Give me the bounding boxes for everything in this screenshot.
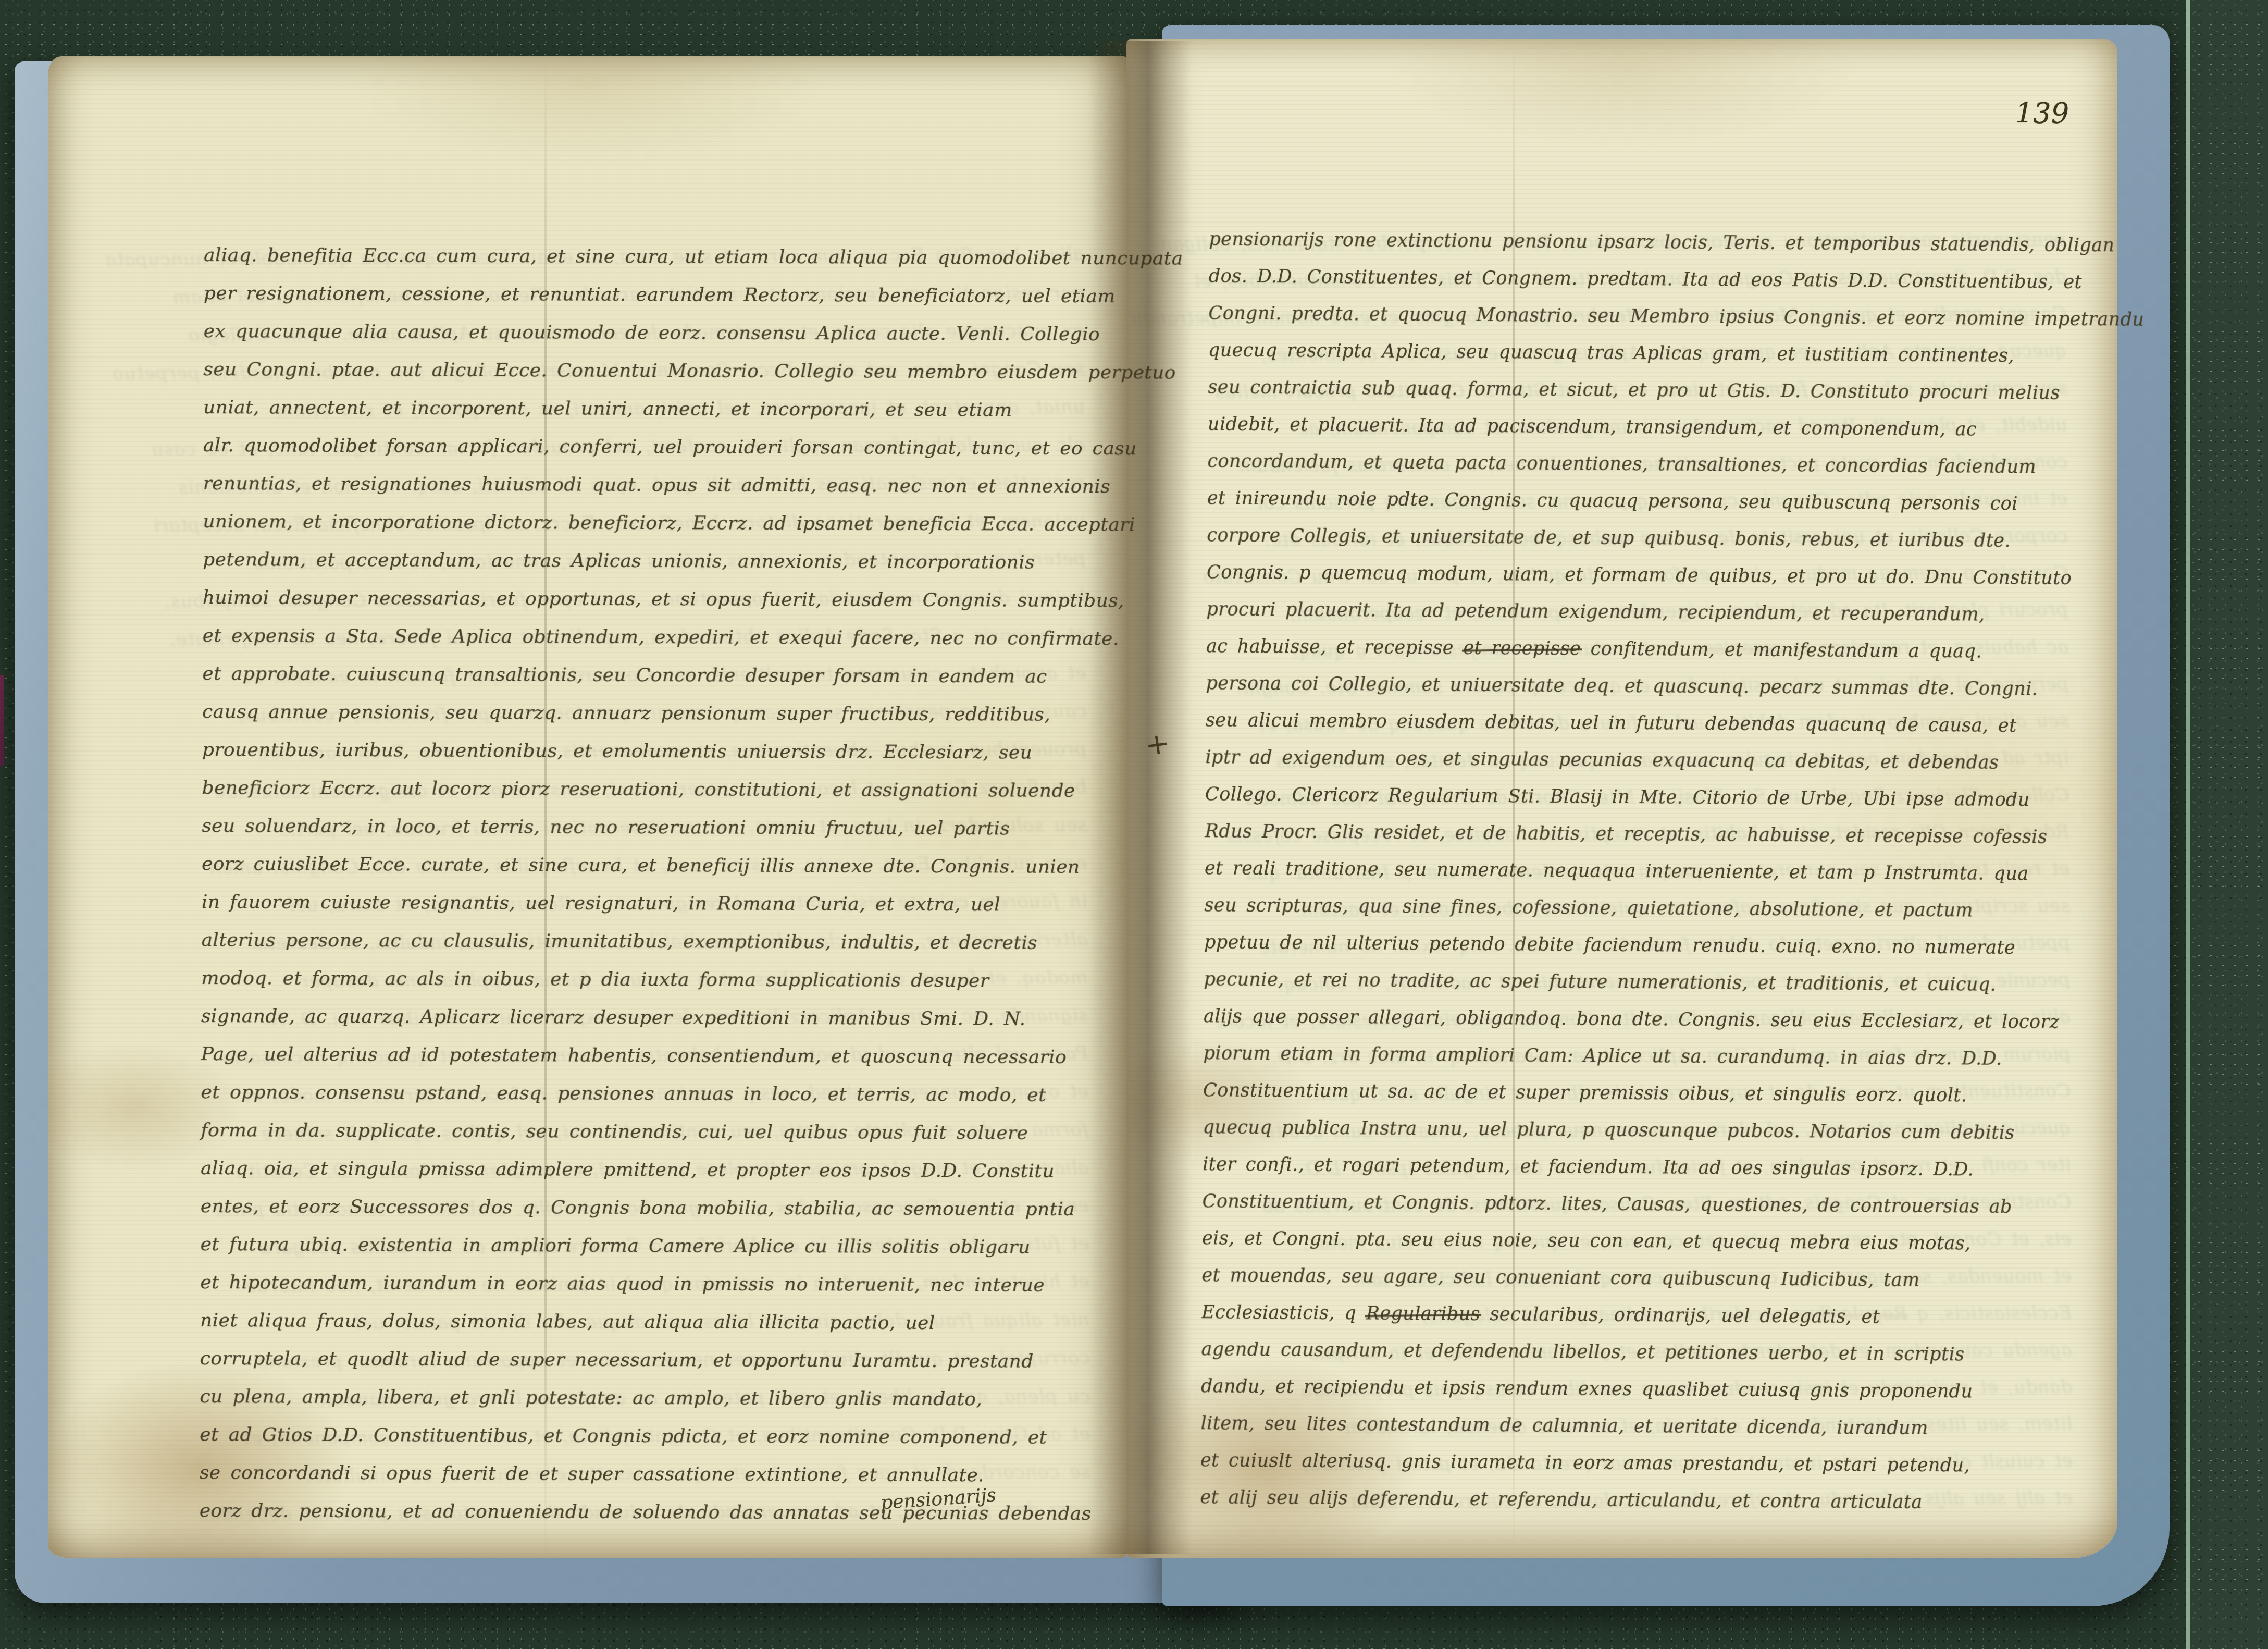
manuscript-line: petendum, et acceptandum, ac tras Aplica… (203, 540, 1088, 582)
manuscript-line: et alij seu alijs deferendu, et referend… (1200, 1479, 2065, 1522)
manuscript-line: et oppnos. consensu pstand, easq. pensio… (201, 1073, 1086, 1114)
manuscript-line: seu alicui membro eiusdem debitas, uel i… (1206, 702, 2071, 745)
manuscript-line: quecuq rescripta Aplica, seu quascuq tra… (1208, 332, 2073, 375)
manuscript-line: corruptela, et quodlt aliud de super nec… (200, 1339, 1086, 1381)
manuscript-line: et ad Gtios D.D. Constituentibus, et Con… (200, 1416, 1085, 1457)
manuscript-line: seu Congni. ptae. aut alicui Ecce. Conue… (203, 350, 1089, 391)
manuscript-line: et expensis a Sta. Sede Aplica obtinendu… (203, 617, 1088, 658)
manuscript-line: Ecclesiasticis, q Regularibus secularibu… (1201, 1294, 2066, 1337)
margin-cross-mark: + (1143, 726, 1172, 763)
scan-artifact-strip (0, 675, 4, 766)
struck-text: Regularibus (1366, 1303, 1481, 1325)
manuscript-line: et reali traditione, seu numerate. nequa… (1205, 850, 2069, 893)
manuscript-line: huimoi desuper necessarias, et opportuna… (203, 579, 1088, 620)
glass-edge-line (2186, 0, 2190, 1649)
manuscript-line: Congnis. p quemcuq modum, uiam, et forma… (1207, 554, 2072, 597)
left-page: aliaq. benefitia Ecc.ca cum cura, et sin… (48, 56, 1127, 1558)
manuscript-text-right: pensionarijs rone extinctionu pensionu i… (1200, 221, 2074, 1522)
manuscript-line: litem, seu lites contestandum de calumni… (1200, 1405, 2065, 1448)
manuscript-line: iptr ad exigendum oes, et singulas pecun… (1205, 739, 2070, 782)
manuscript-line: unionem, et incorporatione dictorz. bene… (203, 502, 1088, 544)
manuscript-line: dandu, et recipiendu et ipsis rendum exn… (1201, 1368, 2066, 1411)
manuscript-line: eis, et Congni. pta. seu eius noie, seu … (1202, 1220, 2067, 1263)
manuscript-line: cu plena, ampla, libera, et gnli potesta… (200, 1377, 1085, 1419)
manuscript-line: alterius persone, ac cu clausulis, imuni… (201, 921, 1087, 962)
manuscript-line: agendu causandum, et defendendu libellos… (1201, 1331, 2066, 1374)
manuscript-line: Collego. Clericorz Regularium Sti. Blasi… (1205, 776, 2070, 819)
manuscript-line: procuri placuerit. Ita ad petendum exige… (1206, 591, 2071, 634)
manuscript-line: aliaq. benefitia Ecc.ca cum cura, et sin… (204, 236, 1089, 277)
manuscript-line: et approbate. cuiuscunq transaltionis, s… (202, 655, 1088, 696)
manuscript-text-left: aliaq. benefitia Ecc.ca cum cura, et sin… (200, 236, 1090, 1533)
manuscript-line: Congni. predta. et quocuq Monastrio. seu… (1208, 295, 2073, 338)
manuscript-line: alr. quomodolibet forsan applicari, conf… (203, 426, 1089, 467)
manuscript-line: Page, uel alterius ad id potestatem habe… (201, 1035, 1087, 1076)
manuscript-line: forma in da. supplicate. contis, seu con… (201, 1111, 1086, 1152)
right-page: pensionarijs rone extinctionu pensionu i… (1126, 39, 2117, 1558)
manuscript-line: et futura ubiq. existentia in ampliori f… (200, 1225, 1086, 1266)
manuscript-line: ac habuisse, et recepisse et recepisse c… (1206, 628, 2071, 671)
manuscript-line: dos. D.D. Constituentes, et Congnem. pre… (1209, 258, 2074, 301)
manuscript-line: pecunie, et rei no tradite, ac spei futu… (1204, 961, 2068, 1004)
page-number: 139 (2015, 97, 2069, 130)
manuscript-line: alijs que posser allegari, obligandoq. b… (1204, 998, 2068, 1041)
manuscript-line: Constituentium, et Congnis. pdtorz. lite… (1202, 1183, 2067, 1226)
manuscript-line: ex quacunque alia causa, et quouismodo d… (204, 312, 1089, 353)
manuscript-line: niet aliqua fraus, dolus, simonia labes,… (200, 1301, 1086, 1343)
manuscript-line: seu contraictia sub quaq. forma, et sicu… (1208, 369, 2073, 412)
photo-background: { "colors": { "background_green": "#2638… (0, 0, 2268, 1649)
manuscript-line: Rdus Procr. Glis residet, et de habitis,… (1205, 813, 2069, 856)
manuscript-line: Constituentium ut sa. ac de et super pre… (1203, 1072, 2068, 1115)
manuscript-line: et mouendas, seu agare, seu conueniant c… (1201, 1257, 2066, 1300)
manuscript-line: seu soluendarz, in loco, et terris, nec … (202, 807, 1087, 848)
background-right-zone (2190, 0, 2268, 1649)
manuscript-line: seu scripturas, qua sine fines, cofessio… (1204, 887, 2069, 930)
manuscript-line: piorum etiam in forma ampliori Cam: Apli… (1203, 1035, 2068, 1078)
manuscript-line: ppetuu de nil ulterius petendo debite fa… (1204, 924, 2069, 967)
struck-text: et recepisse (1463, 638, 1581, 660)
manuscript-line: beneficiorz Eccrz. aut locorz piorz rese… (202, 769, 1088, 810)
manuscript-line: corpore Collegis, et uniuersitate de, et… (1207, 517, 2072, 560)
manuscript-line: renuntias, et resignationes huiusmodi qu… (203, 464, 1089, 506)
manuscript-line: uidebit, et placuerit. Ita ad paciscendu… (1208, 406, 2073, 449)
manuscript-line: causq annue pensionis, seu quarzq. annua… (202, 693, 1088, 734)
manuscript-line: entes, et eorz Successores dos q. Congni… (201, 1187, 1086, 1228)
manuscript-line: quecuq publica Instra unu, uel plura, p … (1203, 1109, 2067, 1152)
manuscript-line: iter confi., et rogari petendum, et faci… (1203, 1146, 2067, 1189)
manuscript-line: et cuiuslt alteriusq. gnis iurameta in e… (1200, 1442, 2065, 1485)
manuscript-line: in fauorem cuiuste resignantis, uel resi… (202, 883, 1087, 924)
manuscript-line: et inireundu noie pdte. Congnis. cu quac… (1207, 480, 2072, 523)
manuscript-line: concordandum, et queta pacta conuentione… (1207, 443, 2072, 486)
manuscript-line: et hipotecandum, iurandum in eorz aias q… (200, 1263, 1086, 1305)
manuscript-line: signande, ac quarzq. Aplicarz licerarz d… (201, 997, 1087, 1038)
manuscript-line: eorz cuiuslibet Ecce. curate, et sine cu… (202, 845, 1087, 886)
manuscript-line: per resignationem, cessione, et renuntia… (204, 274, 1089, 315)
manuscript-line: persona coi Collegio, et uniuersitate de… (1206, 665, 2071, 708)
manuscript-line: prouentibus, iuribus, obuentionibus, et … (202, 731, 1088, 772)
manuscript-line: uniat, annectent, et incorporent, uel un… (203, 388, 1089, 429)
manuscript-line: aliaq. oia, et singula pmissa adimplere … (201, 1149, 1086, 1190)
manuscript-line: pensionarijs rone extinctionu pensionu i… (1209, 221, 2074, 264)
manuscript-line: modoq. et forma, ac als in oibus, et p d… (201, 959, 1087, 1000)
